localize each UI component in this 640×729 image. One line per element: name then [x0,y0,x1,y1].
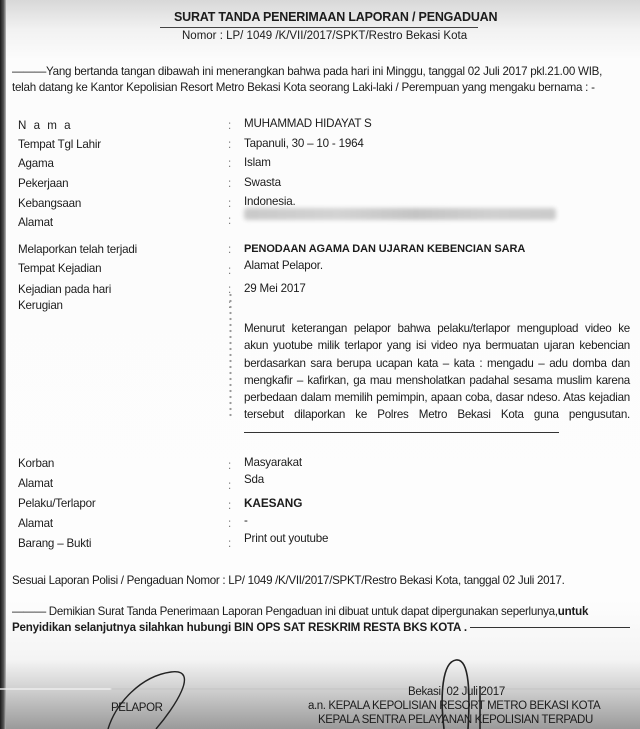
intro-line-1: ———Yang bertanda tangan dibawah ini mene… [12,64,638,80]
value-tempat-tgl-lahir: Tapanuli, 30 – 10 - 1964 [244,137,364,150]
scan-edge [0,0,6,729]
label-kejadian-pada-hari: Kejadian pada hari [18,283,111,296]
colon: : [228,119,231,132]
value-kejadian-pada-hari: 29 Mei 2017 [244,282,306,295]
value-agama: Islam [244,156,271,169]
label-alamat: Alamat [18,216,53,229]
label-agama: Agama [18,157,54,170]
intro-line-2: telah datang ke Kantor Kepolisian Resort… [12,80,638,96]
colon: : [228,177,231,190]
label-barang-bukti: Barang – Bukti [18,537,91,550]
label-pekerjaan: Pekerjaan [18,177,68,190]
intro-paragraph: ———Yang bertanda tangan dibawah ini mene… [12,64,638,96]
value-melaporkan: PENODAAN AGAMA DAN UJARAN KEBENCIAN SARA [244,243,525,255]
value-nama: MUHAMMAD HIDAYAT S [244,117,372,130]
label-kebangsaan: Kebangsaan [18,197,81,210]
closing-text: ——— Demikian Surat Tanda Penerimaan Lapo… [12,605,558,618]
value-alamat-pelaku: - [244,514,248,527]
label-korban: Korban [18,457,54,470]
closing-bold-end: untuk [558,605,589,618]
colon: : [228,517,231,530]
label-alamat-pelaku: Alamat [18,517,53,530]
title-underline [160,27,478,28]
value-kebangsaan: Indonesia. [244,195,296,208]
label-nama: N a m a [18,119,73,132]
label-pelaku: Pelaku/Terlapor [18,497,96,510]
reference-statement: Sesuai Laporan Polisi / Pengaduan Nomor … [12,574,565,587]
signing-place-date: Bekasi, 02 Juli 2017 [408,686,505,698]
document-page: SURAT TANDA PENERIMAAN LAPORAN / PENGADU… [0,0,640,729]
dotted-colon-column [229,292,232,420]
colon: : [228,537,231,550]
label-tempat-tgl-lahir: Tempat Tgl Lahir [18,138,101,151]
signatory-on-behalf: a.n. KEPALA KEPOLISIAN RESORT METRO BEKA… [308,700,600,712]
colon: : [228,214,231,227]
label-alamat-korban: Alamat [18,477,53,490]
colon: : [228,243,231,256]
colon: : [228,197,231,210]
colon: : [228,264,231,277]
pelapor-signature-icon [96,668,206,729]
value-pelaku: KAESANG [244,496,302,510]
colon: : [228,479,231,492]
value-barang-bukti: Print out youtube [244,532,328,545]
redacted-address [244,208,556,220]
value-tempat-kejadian: Alamat Pelapor. [244,259,323,272]
document-title: SURAT TANDA PENERIMAAN LAPORAN / PENGADU… [174,10,497,24]
colon: : [228,138,231,151]
label-melaporkan: Melaporkan telah terjadi [18,243,137,256]
filler-rule [244,432,559,433]
colon: : [228,459,231,472]
value-alamat-korban: Sda [244,473,264,486]
filler-rule [470,627,630,628]
label-kerugian: Kerugian [18,299,63,312]
narrative-text: Menurut keterangan pelapor bahwa pelaku/… [244,322,630,421]
signatory-position: KEPALA SENTRA PELAYANAN KEPOLISIAN TERPA… [318,714,593,726]
colon: : [228,499,231,512]
closing-instruction: Penyidikan selanjutnya silahkan hubungi … [12,621,467,634]
incident-narrative: Menurut keterangan pelapor bahwa pelaku/… [244,320,630,441]
document-number: Nomor : LP/ 1049 /K/VII/2017/SPKT/Restro… [182,30,467,42]
closing-paragraph: ——— Demikian Surat Tanda Penerimaan Lapo… [12,604,638,636]
colon: : [228,157,231,170]
value-pekerjaan: Swasta [244,176,281,189]
label-tempat-kejadian: Tempat Kejadian [18,262,101,275]
value-korban: Masyarakat [244,456,302,469]
pelapor-label: PELAPOR [111,702,163,714]
